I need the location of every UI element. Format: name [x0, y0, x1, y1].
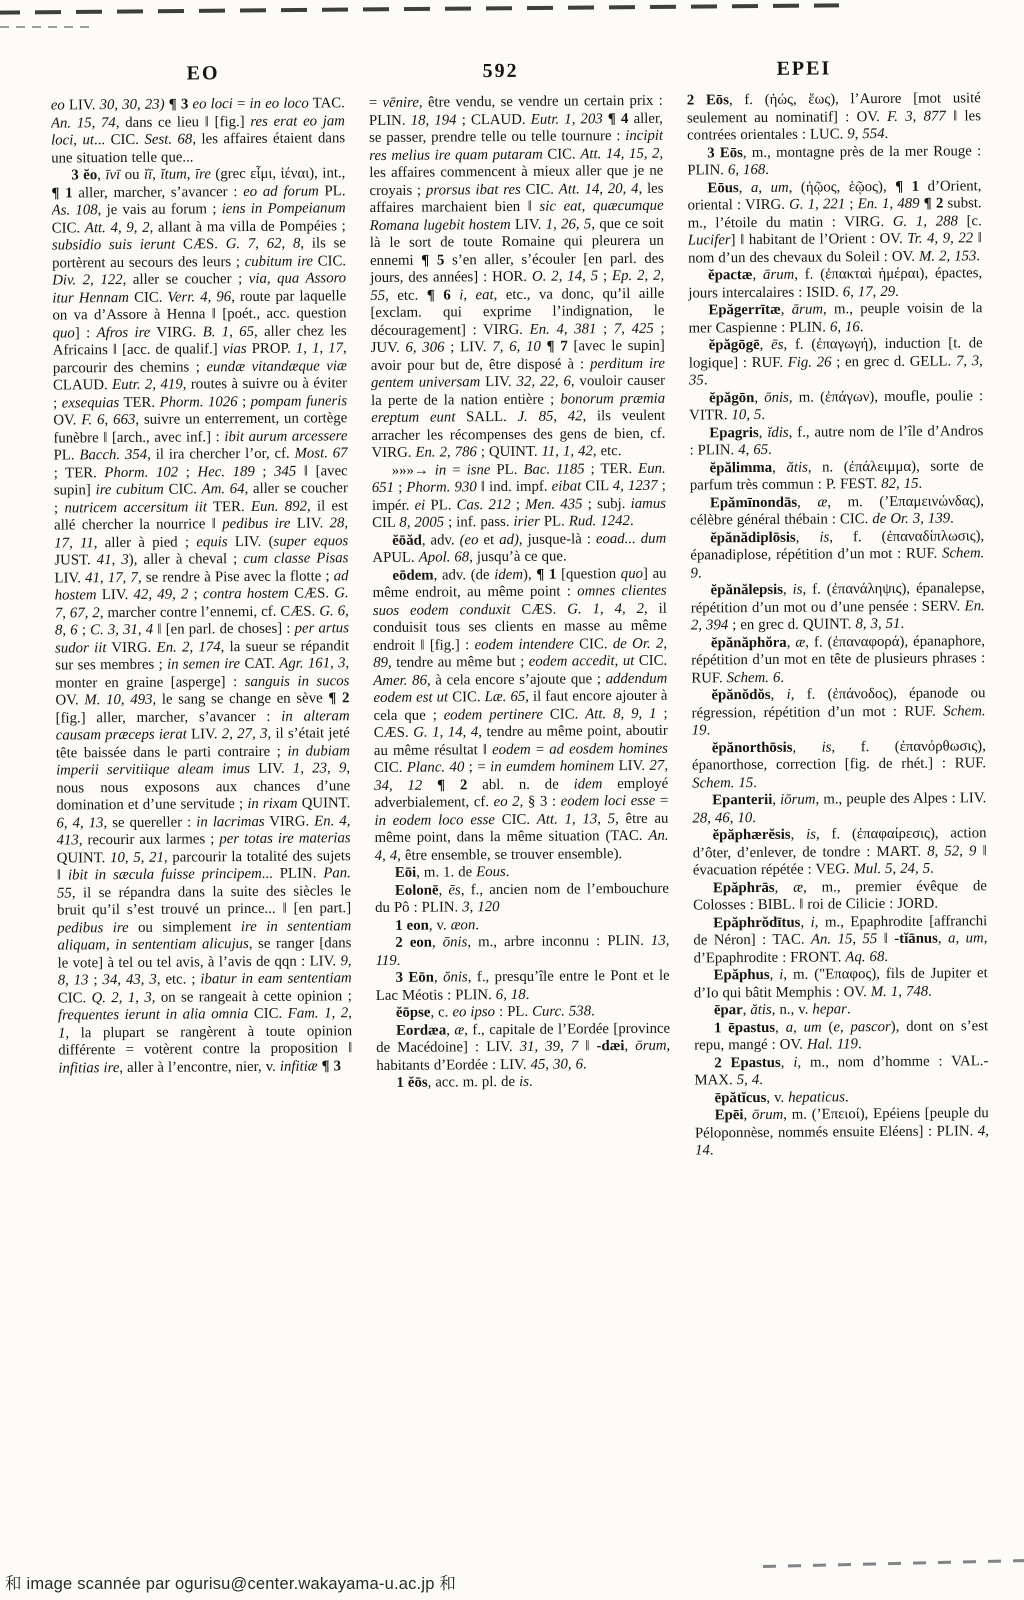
scan-footer-text: 和 image scannée par ogurisu@center.wakay…: [5, 1570, 456, 1594]
dictionary-paragraph: ēpar, ătis, n., v. hepar.: [694, 1000, 988, 1020]
dictionary-paragraph: Epăphus, i, m. ("Επαφος), fils de Jupite…: [694, 965, 988, 1002]
dictionary-paragraph: ĕpănălepsis, is, f. (ἐπανάληψις), épanal…: [691, 580, 985, 635]
dictionary-paragraph: ĕpănŏdŏs, i, f. (ἐπάνοδος), épanode ou r…: [691, 685, 985, 740]
dictionary-paragraph: »»»→ in = isne PL. Bac. 1185 ; TER. Eun.…: [372, 460, 667, 532]
dictionary-paragraph: 2 eon, ōnis, m., arbre inconnu : PLIN. 1…: [375, 933, 669, 970]
scan-streak-top: [0, 3, 839, 14]
dictionary-paragraph: ĕpactæ, ārum, f. (ἐπακταὶ ἡμέραι), épact…: [688, 265, 982, 302]
dictionary-paragraph: ĕpălimma, ătis, n. (ἐπάλειμμα), sorte de…: [690, 458, 984, 495]
dictionary-paragraph: Epăphrās, æ, m., premier évêque de Colos…: [693, 878, 987, 915]
dictionary-paragraph: ĕpănăphŏra, æ, f. (ἐπαναφορά), épanaphor…: [691, 633, 985, 688]
dictionary-paragraph: Epēi, ōrum, m. (’Επειοί), Epéiens [peupl…: [695, 1105, 989, 1160]
dictionary-paragraph: ĕpăgōn, ōnis, m. (ἐπάγων), moufle, pouli…: [689, 388, 983, 425]
dictionary-paragraph: eo LIV. 30, 30, 23) ¶ 3 eo loci = in eo …: [51, 95, 346, 167]
dictionary-paragraph: Eolonē, ēs, f., ancien nom de l’embouchu…: [375, 880, 669, 917]
page-content: EO 592 EPEI eo LIV. 30, 30, 23) ¶ 3 eo l…: [0, 0, 1024, 4]
dictionary-paragraph: ĕpănădiplōsis, is, f. (ἐπαναδίπλωσις), é…: [690, 528, 984, 583]
dictionary-paragraph: Epanterii, iōrum, m., peuple des Alpes :…: [692, 790, 986, 827]
dictionary-paragraph: Epămīnondās, æ, m. (’Επαμεινώνδας), célè…: [690, 493, 984, 530]
dictionary-paragraph: ĕpăphærĕsis, is, f. (ἐπαφαίρεσις), actio…: [693, 825, 987, 880]
running-head-right-keyword: EPEI: [776, 57, 831, 80]
dictionary-paragraph: = vēnire, être vendu, se vendre un certa…: [369, 93, 666, 463]
page-number: 592: [482, 60, 518, 83]
dictionary-paragraph: ēpătĭcus, v. hepaticus.: [695, 1088, 989, 1108]
dictionary-paragraph: ĕpănorthōsis, is, f. (ἐπανόρθωσις), épan…: [692, 738, 986, 793]
dictionary-paragraph: 1 eon, v. æon.: [375, 915, 669, 935]
dictionary-paragraph: Epăgerrītæ, ārum, m., peuple voisin de l…: [688, 300, 982, 337]
dictionary-paragraph: 2 Epastus, i, m., nom d’homme : VAL.-MAX…: [694, 1053, 988, 1090]
dictionary-paragraph: Epagris, ĭdis, f., autre nom de l’île d’…: [689, 423, 983, 460]
dictionary-paragraph: 3 ĕo, īvī ou ĭī, ĭtum, īre (grec εἶμι, ἰ…: [51, 165, 352, 1077]
dictionary-paragraph: 1 ēpastus, a, um (e, pascor), dont on s’…: [694, 1018, 988, 1055]
running-head-left-keyword: EO: [186, 62, 219, 85]
text-column-right: 2 Eōs, f. (ἠώς, ἕως), l’Aurore [mot usit…: [687, 90, 993, 1564]
dictionary-paragraph: Eōus, a, um, (ἠῷος, ἑῷος), ¶ 1 d’Orient,…: [687, 178, 982, 268]
text-columns: eo LIV. 30, 30, 23) ¶ 3 eo loci = in eo …: [51, 90, 995, 1569]
dictionary-paragraph: ĕōpse, c. eo ipso : PL. Curc. 538.: [376, 1003, 670, 1023]
dictionary-paragraph: ĕōăd, adv. (eo et ad), jusque-là : eoad.…: [372, 530, 666, 567]
dictionary-paragraph: Eordæa, æ, f., capitale de l’Eordée [pro…: [376, 1020, 670, 1075]
dictionary-paragraph: ĕpăgōgē, ēs, f. (ἐπαγωγή), induction [t.…: [689, 335, 983, 390]
dictionary-paragraph: 2 Eōs, f. (ἠώς, ἕως), l’Aurore [mot usit…: [687, 90, 981, 145]
dictionary-paragraph: Eōi, m. 1. de Eous.: [375, 863, 669, 883]
scan-streak-top-small: [0, 26, 90, 28]
dictionary-paragraph: eōdem, adv. (de idem), ¶ 1 [question quo…: [372, 565, 668, 865]
dictionary-paragraph: 1 ĕōs, acc. m. pl. de is.: [376, 1073, 670, 1093]
dictionary-paragraph: Epăphrŏdītus, i, m., Epaphrodite [affran…: [693, 913, 987, 968]
text-column-middle: = vēnire, être vendu, se vendre un certa…: [369, 93, 675, 1567]
dictionary-paragraph: 3 Eōs, m., montagne près de la mer Rouge…: [687, 143, 981, 180]
running-head: EO 592 EPEI: [0, 56, 1024, 94]
dictionary-paragraph: 3 Eōn, ŏnis, f., presqu’île entre le Pon…: [376, 968, 670, 1005]
scanned-dictionary-page: EO 592 EPEI eo LIV. 30, 30, 23) ¶ 3 eo l…: [0, 0, 1024, 1600]
text-column-left: eo LIV. 30, 30, 23) ¶ 3 eo loci = in eo …: [51, 95, 357, 1569]
